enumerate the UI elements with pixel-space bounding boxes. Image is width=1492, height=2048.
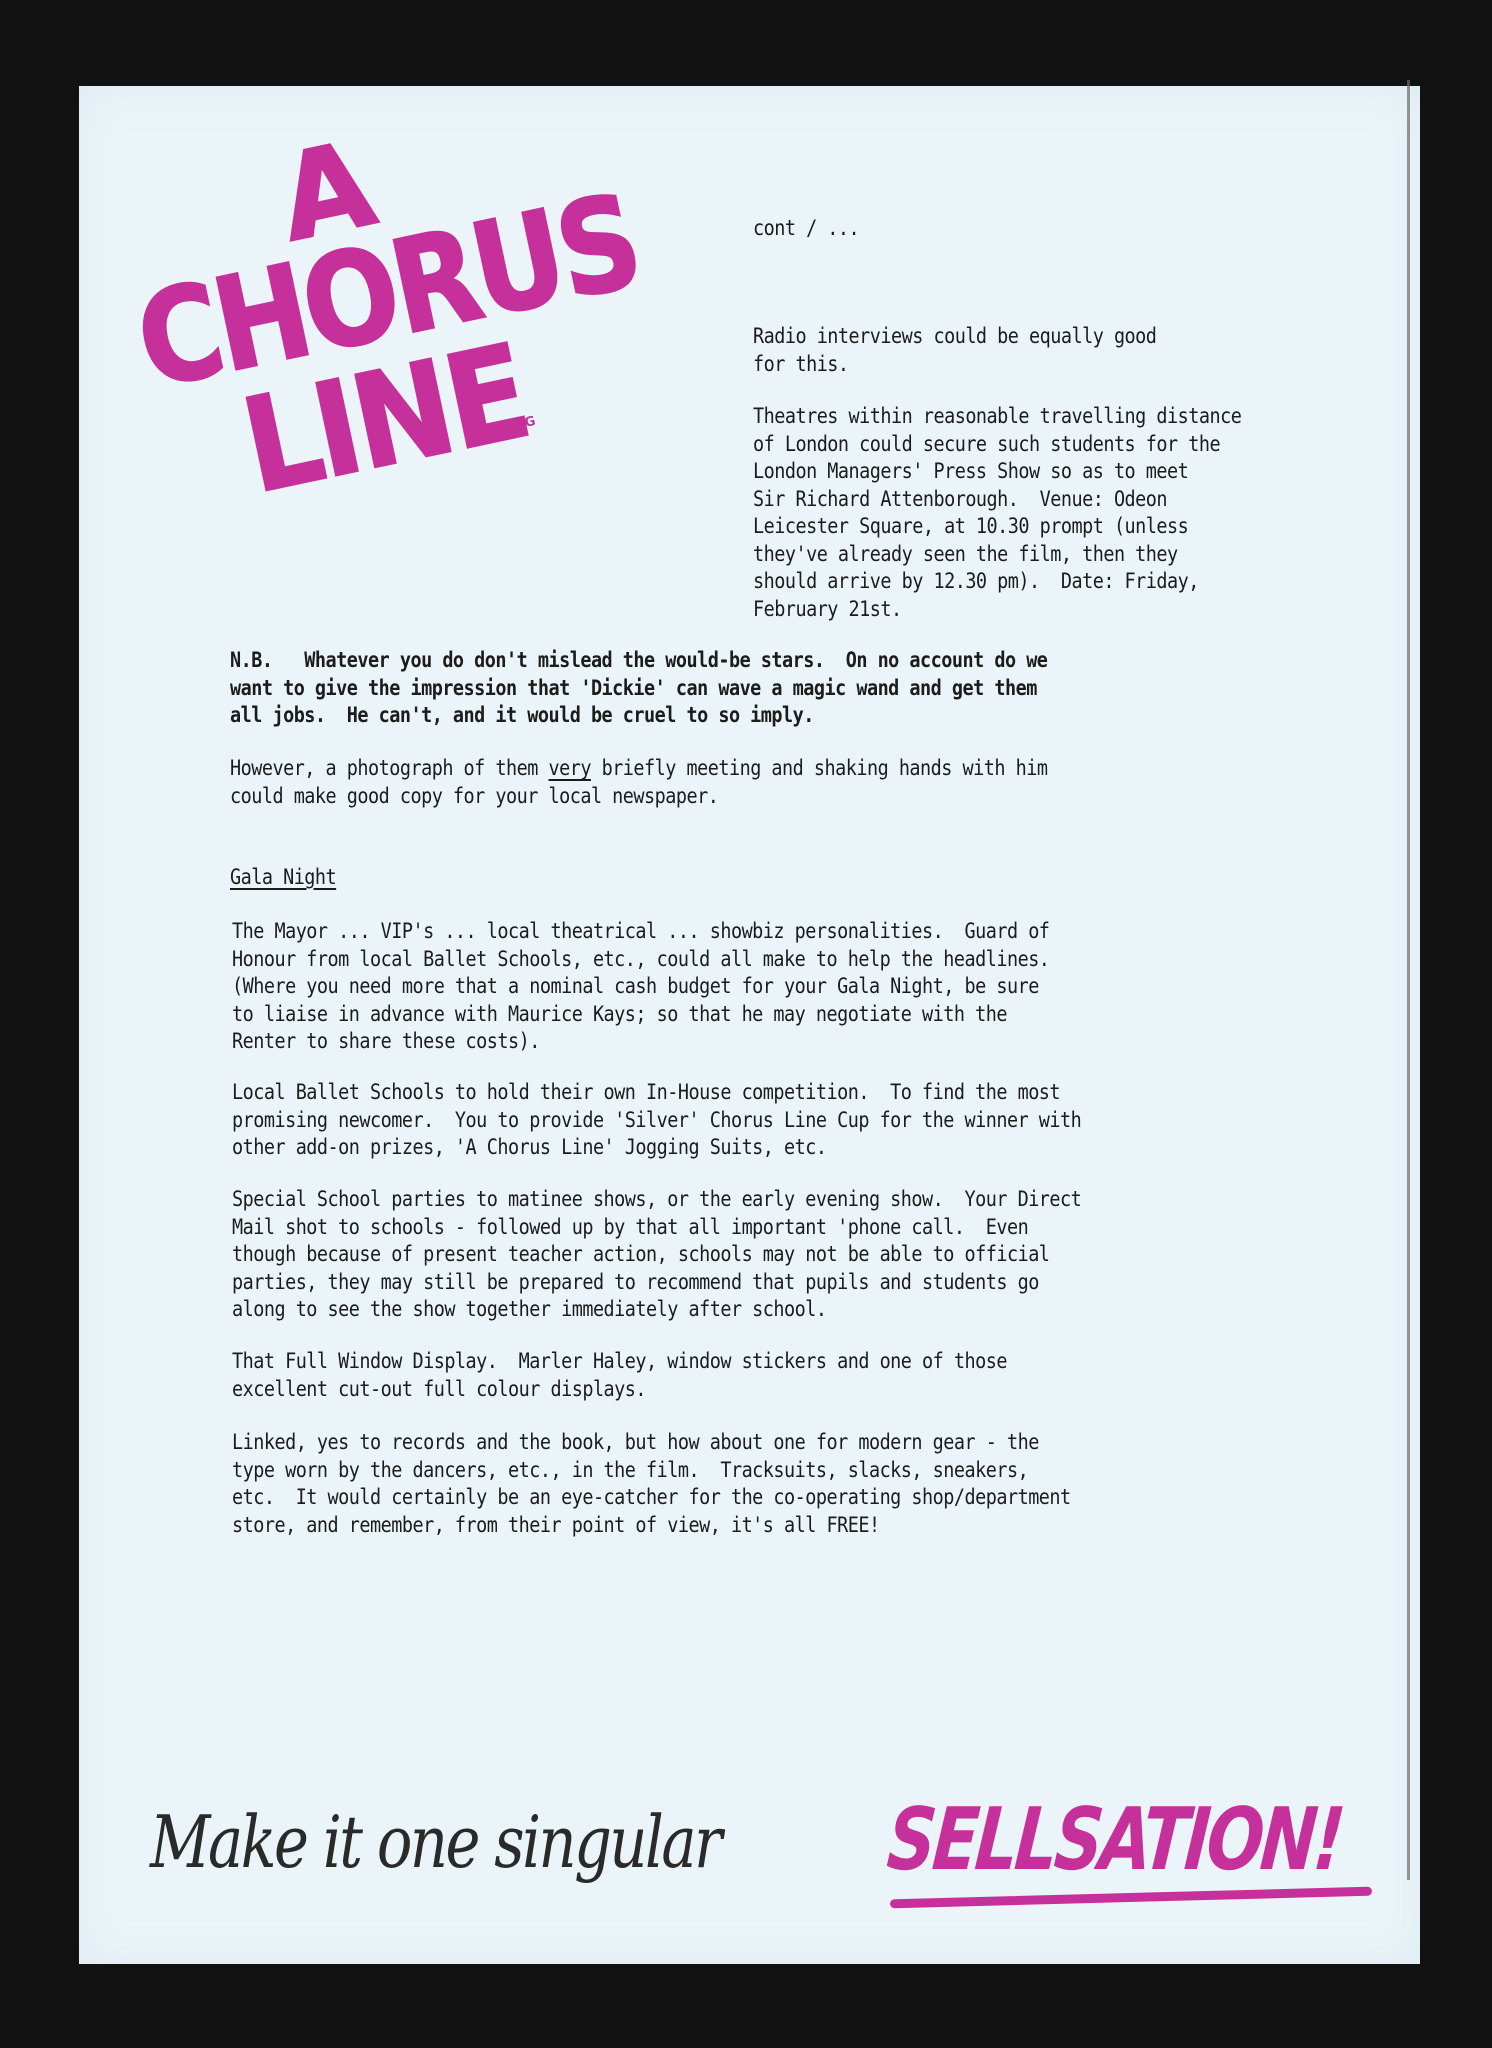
gala-paragraph-1: The Mayor ... VIP's ... local theatrical… [232,918,1183,1056]
section-heading-gala-night: Gala Night [230,864,336,892]
text-line: The Mayor ... VIP's ... local theatrical… [232,918,1049,946]
text-line: for this. [753,351,1156,379]
nb-paragraph: N.B. Whatever you do don't mislead the w… [230,647,1181,730]
text-line: N.B. Whatever you do don't mislead the w… [230,647,1047,675]
text-line: all jobs. He can't, and it would be crue… [230,702,1047,730]
text-line: Radio interviews could be equally good [753,323,1156,351]
text-line: parties, they may still be prepared to r… [232,1269,1081,1297]
gala-paragraph-3: Special School parties to matinee shows,… [232,1186,1220,1324]
text-line: Sir Richard Attenborough. Venue: Odeon [753,486,1241,514]
text-line: Theatres within reasonable travelling di… [753,403,1241,431]
rating-mark: PG [514,414,537,433]
text-span: briefly meeting and shaking hands with h… [591,756,1047,781]
text-line: store, and remember, from their point of… [232,1512,1071,1540]
text-line: want to give the impression that 'Dickie… [230,675,1047,703]
radio-paragraph: Radio interviews could be equally good f… [753,323,1222,378]
slogan-sellsation: SELLSATION! [884,1790,1346,1890]
text-line: though because of present teacher action… [232,1241,1081,1269]
gala-paragraph-5: Linked, yes to records and the book, but… [232,1429,1207,1539]
theatres-paragraph: Theatres within reasonable travelling di… [753,403,1321,623]
text-line: London Managers' Press Show so as to mee… [753,458,1241,486]
gala-paragraph-4: That Full Window Display. Marler Haley, … [232,1348,1133,1403]
text-line: Special School parties to matinee shows,… [232,1186,1081,1214]
text-line: should arrive by 12.30 pm). Date: Friday… [753,568,1241,596]
text-line: February 21st. [753,596,1241,624]
text-line: etc. It would certainly be an eye-catche… [232,1484,1071,1512]
text-line: Mail shot to schools - followed up by th… [232,1214,1081,1242]
gala-paragraph-2: Local Ballet Schools to hold their own I… [232,1079,1220,1162]
text-line: That Full Window Display. Marler Haley, … [232,1348,1007,1376]
text-line: However, a photograph of them very brief… [230,755,1047,783]
page-edge [1407,80,1410,1880]
text-line: Linked, yes to records and the book, but… [232,1429,1071,1457]
emphasis-very: very [548,756,590,781]
text-line: Leicester Square, at 10.30 prompt (unles… [753,513,1241,541]
continuation-mark: cont / ... [753,215,859,243]
text-line: (Where you need more that a nominal cash… [232,973,1049,1001]
text-line: excellent cut-out full colour displays. [232,1376,1007,1404]
text-span: However, a photograph of them [230,756,548,781]
text-line: along to see the show together immediate… [232,1296,1081,1324]
text-line: they've already seen the film, then they [753,541,1241,569]
text-line: Local Ballet Schools to hold their own I… [232,1079,1081,1107]
text-line: could make good copy for your local news… [230,783,1047,811]
text-line: of London could secure such students for… [753,431,1241,459]
text-line: other add-on prizes, 'A Chorus Line' Jog… [232,1134,1081,1162]
text-line: Renter to share these costs). [232,1028,1049,1056]
however-paragraph: However, a photograph of them very brief… [230,755,1181,810]
slogan-script-text: Make it one singular [150,1800,720,1884]
text-line: Honour from local Ballet Schools, etc., … [232,946,1049,974]
text-line: promising newcomer. You to provide 'Silv… [232,1107,1081,1135]
text-line: type worn by the dancers, etc., in the f… [232,1457,1071,1485]
text-line: to liaise in advance with Maurice Kays; … [232,1001,1049,1029]
